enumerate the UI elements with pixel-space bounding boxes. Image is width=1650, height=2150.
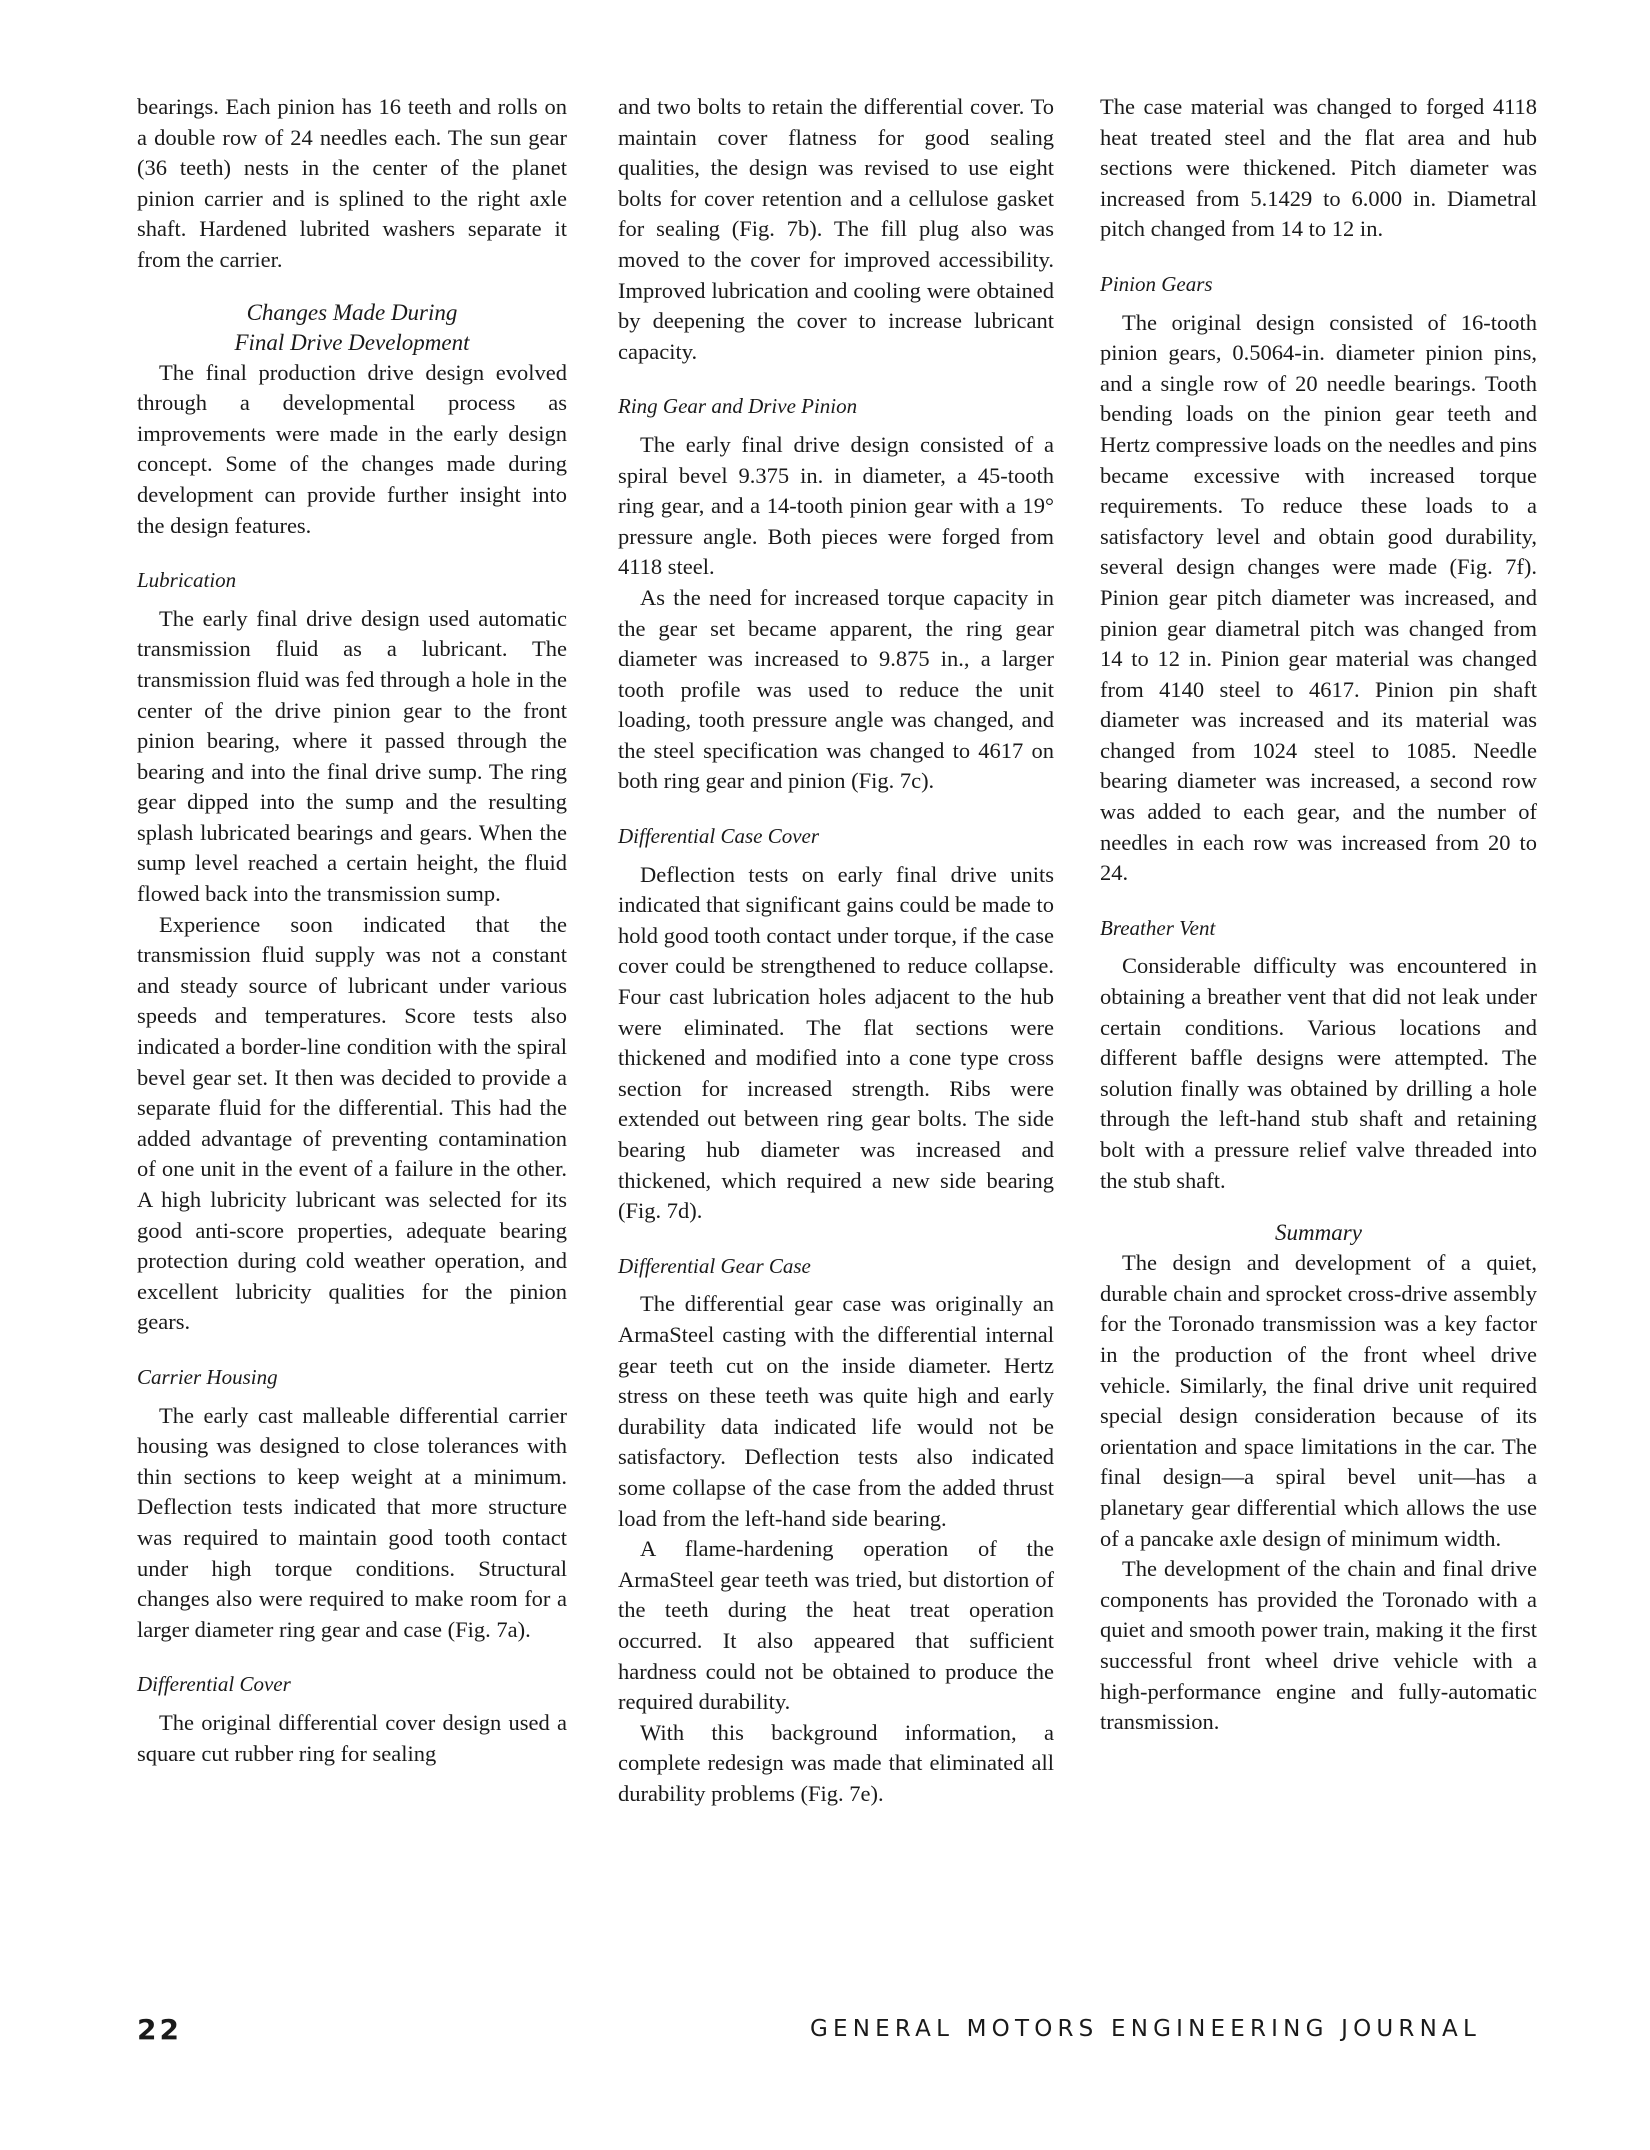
- column-2: and two bolts to retain the differential…: [618, 92, 1054, 1809]
- paragraph-cover-continued: and two bolts to retain the differential…: [618, 92, 1054, 367]
- section-heading-changes: Changes Made During Final Drive Developm…: [137, 298, 567, 358]
- subheading-case-cover: Differential Case Cover: [618, 821, 1054, 852]
- paragraph-ring-gear-2: As the need for increased torque capacit…: [618, 583, 1054, 797]
- paragraph-case-cover: Deflection tests on early final drive un…: [618, 860, 1054, 1227]
- column-1: bearings. Each pinion has 16 teeth and r…: [137, 92, 567, 1769]
- paragraph-gear-case-1: The differential gear case was originall…: [618, 1289, 1054, 1534]
- column-3: The case material was changed to forged …: [1100, 92, 1537, 1738]
- paragraph-pinion-gears: The original design consisted of 16-toot…: [1100, 308, 1537, 889]
- subheading-differential-cover: Differential Cover: [137, 1669, 567, 1700]
- paragraph-breather-vent: Considerable difficulty was encountered …: [1100, 951, 1537, 1196]
- paragraph-carrier-housing: The early cast malleable differential ca…: [137, 1401, 567, 1646]
- paragraph-planetary-intro: bearings. Each pinion has 16 teeth and r…: [137, 92, 567, 276]
- paragraph-lubrication-2: Experience soon indicated that the trans…: [137, 910, 567, 1338]
- page-number: 22: [137, 2013, 182, 2046]
- subheading-breather-vent: Breather Vent: [1100, 913, 1537, 944]
- heading-line-2: Final Drive Development: [137, 328, 567, 358]
- paragraph-gear-case-3: With this background information, a comp…: [618, 1718, 1054, 1810]
- subheading-carrier-housing: Carrier Housing: [137, 1362, 567, 1393]
- paragraph-ring-gear-1: The early final drive design consisted o…: [618, 430, 1054, 583]
- subheading-ring-gear: Ring Gear and Drive Pinion: [618, 391, 1054, 422]
- paragraph-lubrication-1: The early final drive design used automa…: [137, 604, 567, 910]
- paragraph-differential-cover: The original differential cover design u…: [137, 1708, 567, 1769]
- section-heading-summary: Summary: [1100, 1218, 1537, 1248]
- subheading-lubrication: Lubrication: [137, 565, 567, 596]
- paragraph-changes: The final production drive design evolve…: [137, 358, 567, 542]
- heading-line-1: Changes Made During: [137, 298, 567, 328]
- paragraph-summary-1: The design and development of a quiet, d…: [1100, 1248, 1537, 1554]
- paragraph-gear-case-2: A flame-hardening operation of the ArmaS…: [618, 1534, 1054, 1718]
- paragraph-summary-2: The development of the chain and final d…: [1100, 1554, 1537, 1738]
- paragraph-case-material: The case material was changed to forged …: [1100, 92, 1537, 245]
- subheading-pinion-gears: Pinion Gears: [1100, 269, 1537, 300]
- subheading-gear-case: Differential Gear Case: [618, 1251, 1054, 1282]
- journal-name: GENERAL MOTORS ENGINEERING JOURNAL: [810, 2016, 1481, 2042]
